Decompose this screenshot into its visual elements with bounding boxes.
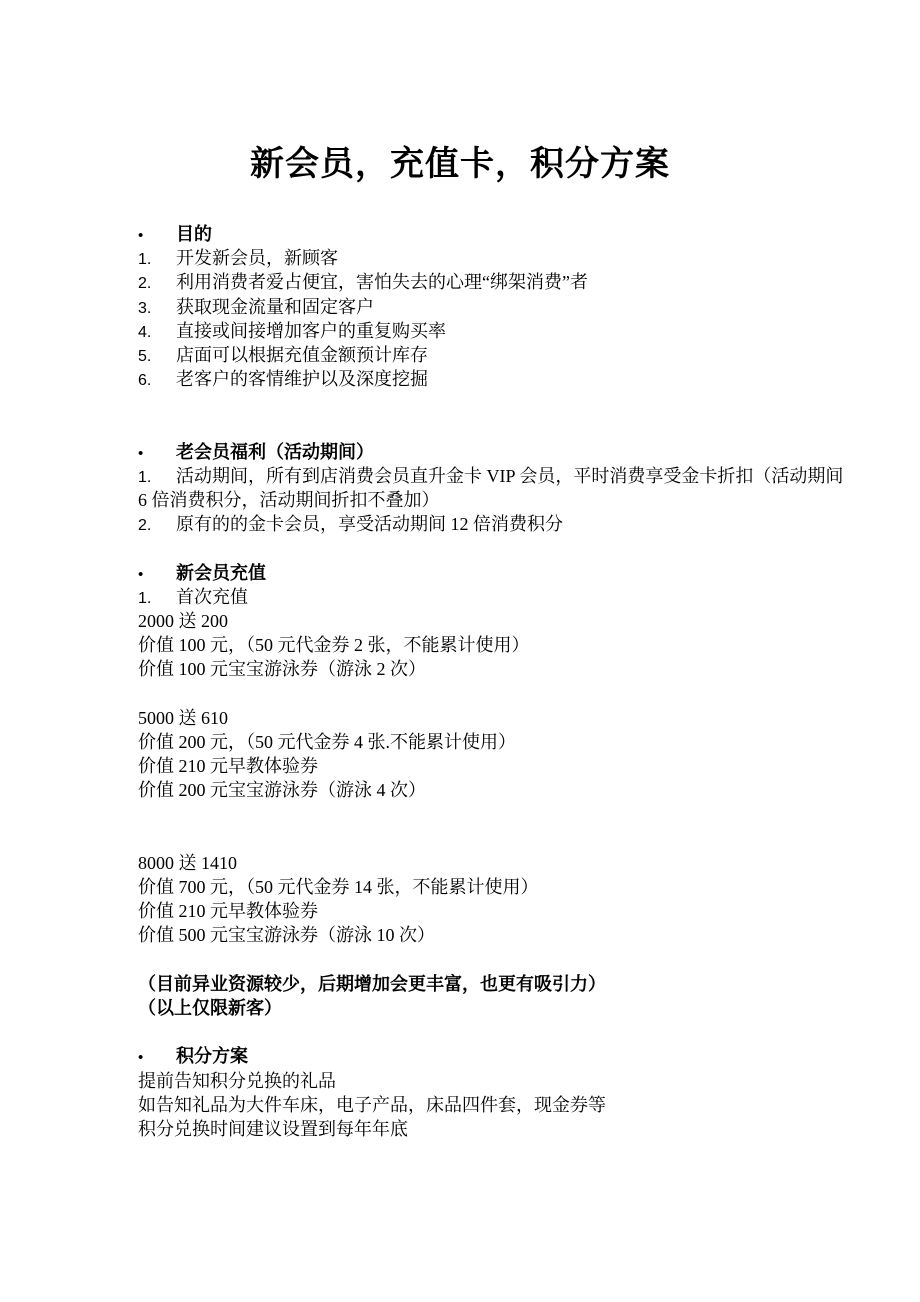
note-resources: （目前异业资源较少，后期增加会更丰富，也更有吸引力） xyxy=(138,972,858,996)
document-title: 新会员，充值卡，积分方案 xyxy=(0,0,920,187)
blank-line xyxy=(138,803,858,827)
purpose-item-5-text: 店面可以根据充值金额预计库存 xyxy=(176,345,428,365)
old-member-item-2: 2.原有的的金卡会员，享受活动期间 12 倍消费积分 xyxy=(138,512,858,536)
purpose-item-1-text: 开发新会员，新顾客 xyxy=(176,248,338,268)
purpose-item-4-text: 直接或间接增加客户的重复购买率 xyxy=(176,321,446,341)
purpose-item-6: 6.老客户的客情维护以及深度挖掘 xyxy=(138,367,858,391)
list-number: 1. xyxy=(138,466,176,490)
section-heading-purpose: •目的 xyxy=(138,222,858,246)
old-member-item-1-text-2: 6 倍消费积分，活动期间折扣不叠加） xyxy=(138,490,440,510)
blank-line xyxy=(138,827,858,851)
list-number: 1. xyxy=(138,587,176,611)
bullet-icon: • xyxy=(138,563,176,587)
blank-line xyxy=(138,948,858,972)
tier-8000-benefit-1: 价值 700 元，（50 元代金券 14 张，不能累计使用） xyxy=(138,875,858,899)
list-number: 3. xyxy=(138,297,176,321)
blank-line xyxy=(138,682,858,706)
section-heading-points: •积分方案 xyxy=(138,1044,858,1068)
section-heading-purpose-label: 目的 xyxy=(176,224,212,244)
tier-8000-benefit-2: 价值 210 元早教体验券 xyxy=(138,899,858,923)
blank-line xyxy=(138,416,858,440)
points-line-3: 积分兑换时间建议设置到每年年底 xyxy=(138,1117,858,1141)
purpose-item-4: 4.直接或间接增加客户的重复购买率 xyxy=(138,319,858,343)
document-page: 新会员，充值卡，积分方案 •目的 1.开发新会员，新顾客 2.利用消费者爱占便宜… xyxy=(0,0,920,1302)
old-member-item-2-text: 原有的的金卡会员，享受活动期间 12 倍消费积分 xyxy=(176,514,563,534)
section-heading-old-member-label: 老会员福利（活动期间） xyxy=(176,442,374,462)
bullet-icon: • xyxy=(138,1046,176,1070)
old-member-item-1-line-1: 1.活动期间，所有到店消费会员直升金卡 VIP 会员，平时消费享受金卡折扣（活动… xyxy=(138,464,858,488)
purpose-item-1: 1.开发新会员，新顾客 xyxy=(138,246,858,270)
purpose-item-6-text: 老客户的客情维护以及深度挖掘 xyxy=(176,369,428,389)
purpose-item-3: 3.获取现金流量和固定客户 xyxy=(138,295,858,319)
tier-2000-title: 2000 送 200 xyxy=(138,609,858,633)
blank-line xyxy=(138,391,858,415)
purpose-item-5: 5.店面可以根据充值金额预计库存 xyxy=(138,343,858,367)
old-member-item-1-text-1: 活动期间，所有到店消费会员直升金卡 VIP 会员，平时消费享受金卡折扣（活动期间 xyxy=(176,466,843,486)
tier-5000-title: 5000 送 610 xyxy=(138,706,858,730)
blank-line xyxy=(138,536,858,560)
note-new-customers-only: （以上仅限新客） xyxy=(138,996,858,1020)
new-member-first-charge: 1.首次充值 xyxy=(138,585,858,609)
tier-8000-benefit-3: 价值 500 元宝宝游泳券（游泳 10 次） xyxy=(138,923,858,947)
section-heading-points-label: 积分方案 xyxy=(176,1046,248,1066)
list-number: 4. xyxy=(138,321,176,345)
section-heading-new-member: •新会员充值 xyxy=(138,561,858,585)
tier-5000-benefit-1: 价值 200 元，（50 元代金券 4 张.不能累计使用） xyxy=(138,730,858,754)
list-number: 6. xyxy=(138,369,176,393)
points-line-1: 提前告知积分兑换的礼品 xyxy=(138,1069,858,1093)
list-number: 5. xyxy=(138,345,176,369)
tier-5000-benefit-2: 价值 210 元早教体验券 xyxy=(138,754,858,778)
purpose-item-2-text: 利用消费者爱占便宜，害怕失去的心理“绑架消费”者 xyxy=(176,272,588,292)
list-number: 1. xyxy=(138,248,176,272)
list-number: 2. xyxy=(138,272,176,296)
purpose-item-2: 2.利用消费者爱占便宜，害怕失去的心理“绑架消费”者 xyxy=(138,270,858,294)
new-member-first-charge-text: 首次充值 xyxy=(176,587,248,607)
list-number: 2. xyxy=(138,514,176,538)
tier-2000-benefit-1: 价值 100 元，（50 元代金券 2 张，不能累计使用） xyxy=(138,633,858,657)
tier-8000-title: 8000 送 1410 xyxy=(138,851,858,875)
points-line-2: 如告知礼品为大件车床，电子产品，床品四件套，现金券等 xyxy=(138,1093,858,1117)
section-heading-new-member-label: 新会员充值 xyxy=(176,563,266,583)
bullet-icon: • xyxy=(138,442,176,466)
blank-line xyxy=(138,1020,858,1044)
tier-5000-benefit-3: 价值 200 元宝宝游泳券（游泳 4 次） xyxy=(138,778,858,802)
tier-2000-benefit-2: 价值 100 元宝宝游泳券（游泳 2 次） xyxy=(138,657,858,681)
purpose-item-3-text: 获取现金流量和固定客户 xyxy=(176,297,374,317)
old-member-item-1-line-2: 6 倍消费积分，活动期间折扣不叠加） xyxy=(138,488,858,512)
section-heading-old-member: •老会员福利（活动期间） xyxy=(138,440,858,464)
document-body: •目的 1.开发新会员，新顾客 2.利用消费者爱占便宜，害怕失去的心理“绑架消费… xyxy=(138,222,858,1141)
bullet-icon: • xyxy=(138,224,176,248)
